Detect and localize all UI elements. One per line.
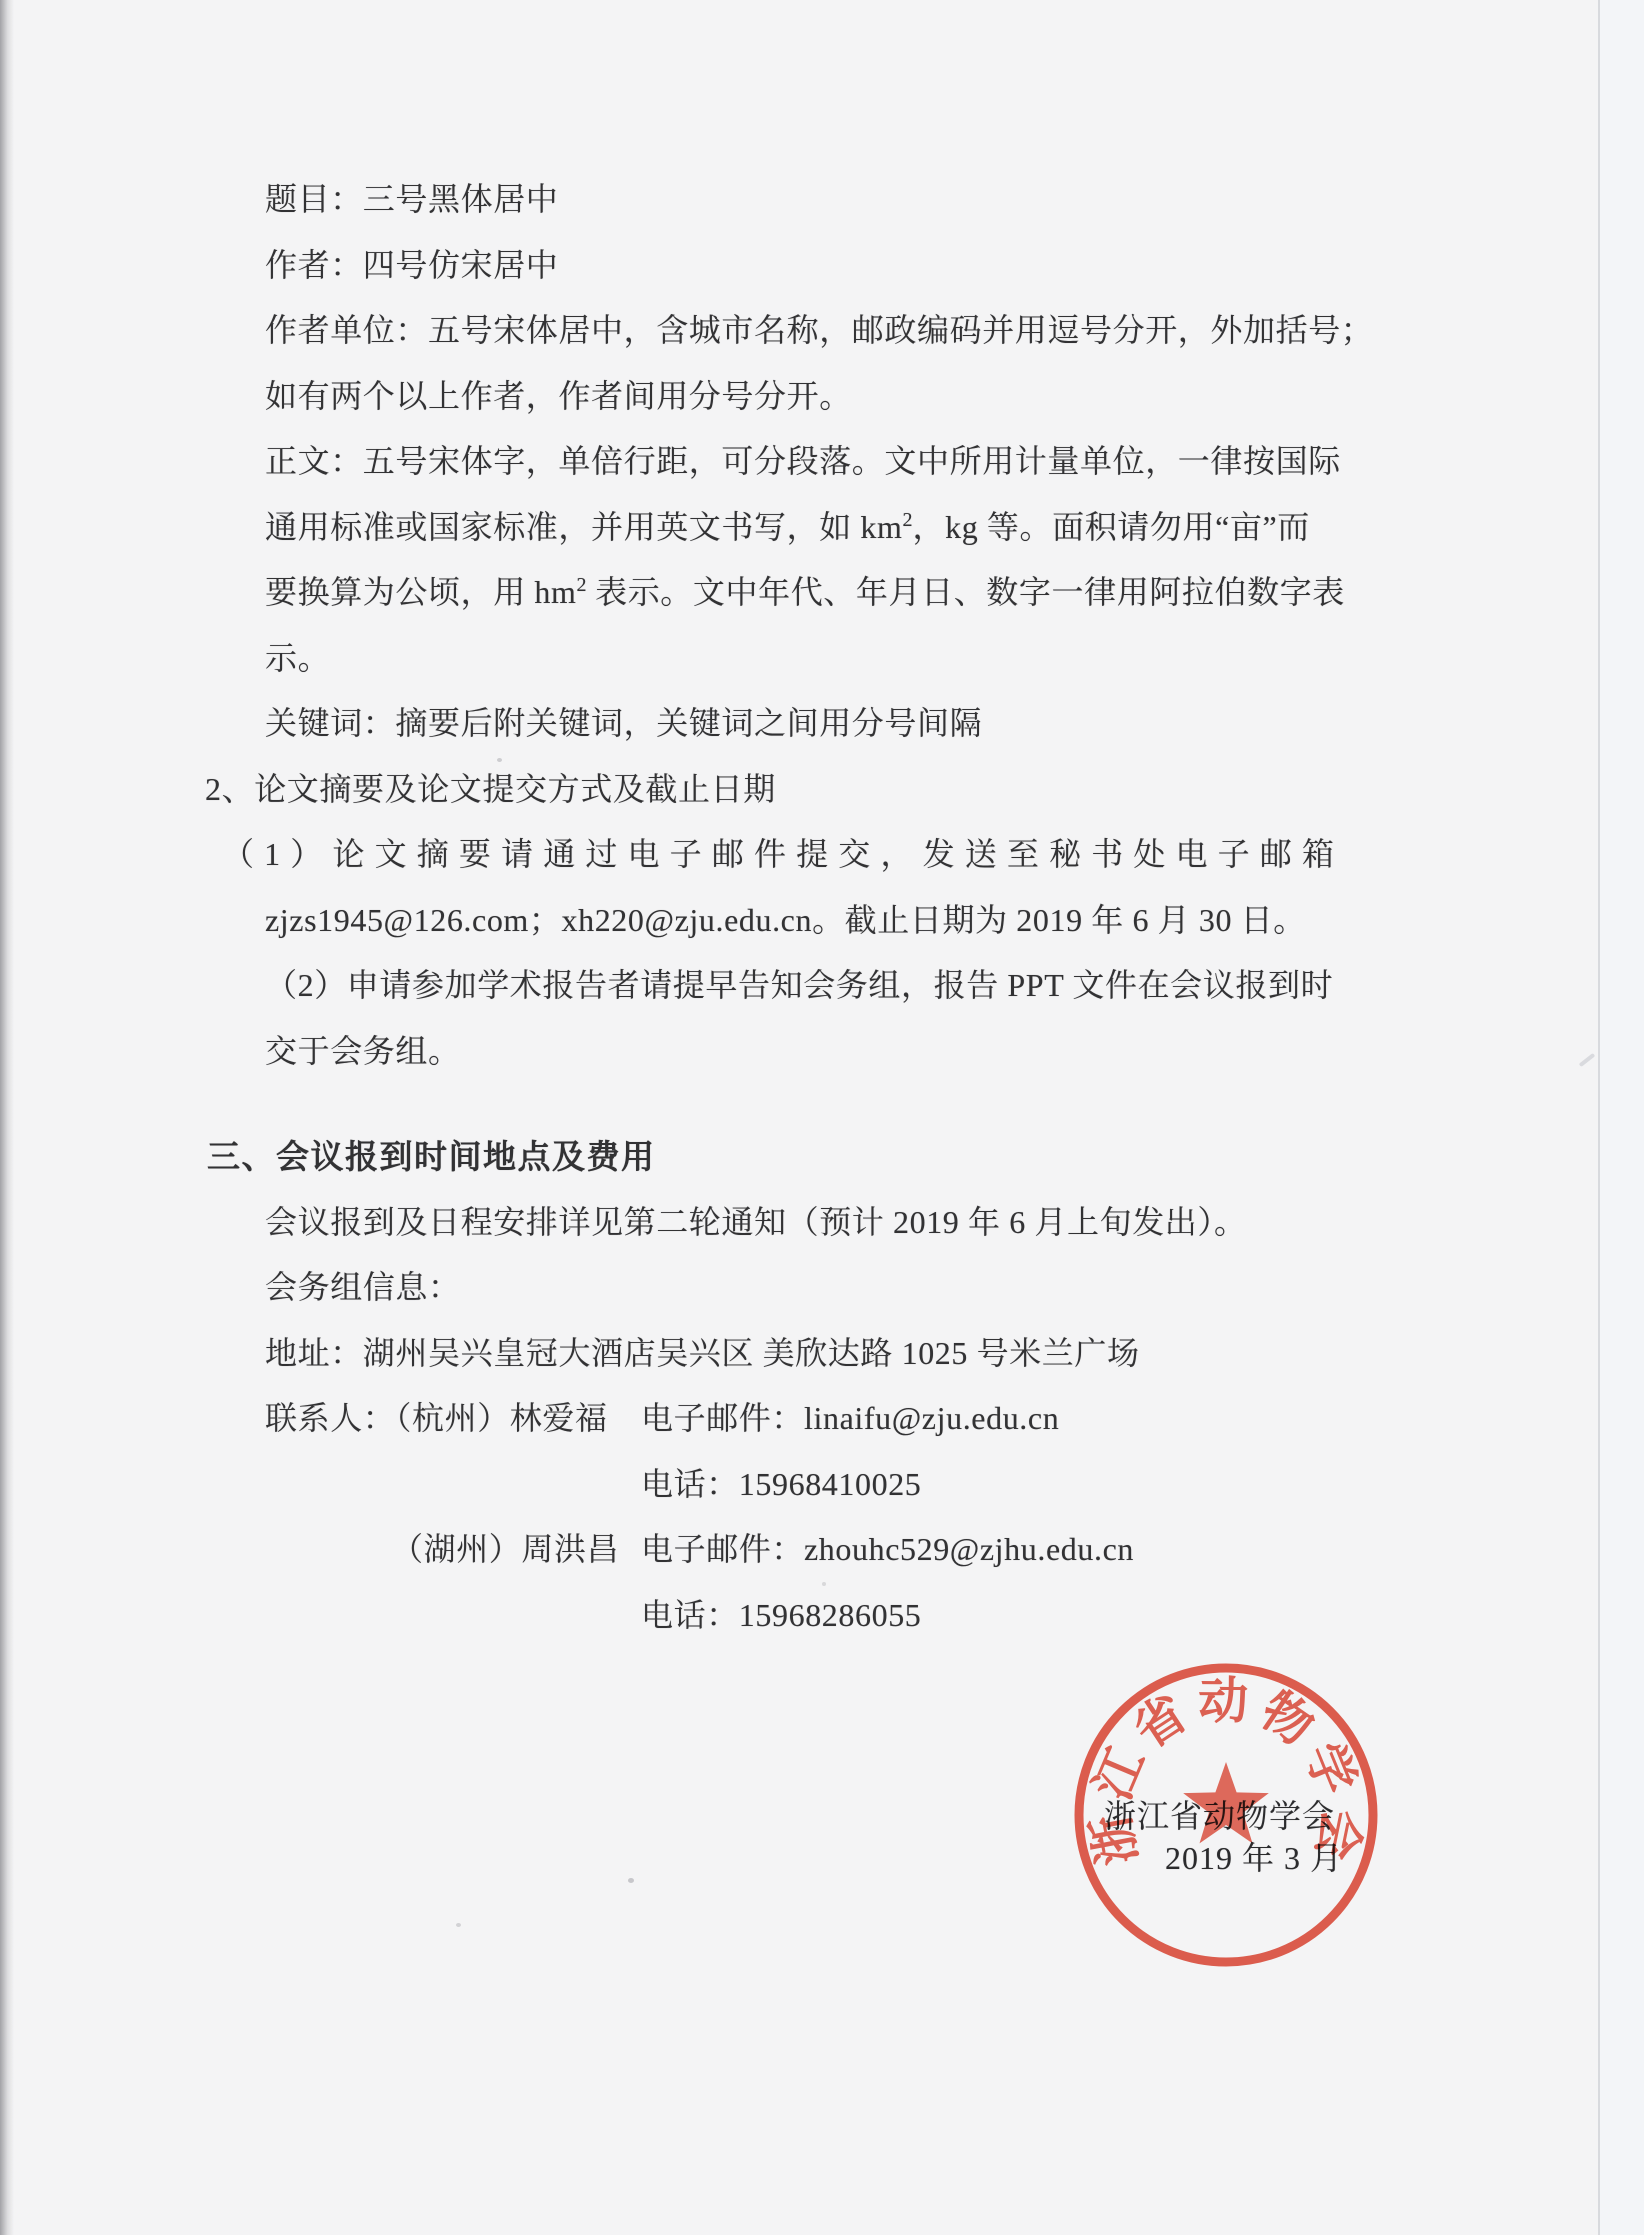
superscript-2: 2 (577, 574, 587, 596)
committee-info-line: 会务组信息： (265, 1255, 1644, 1321)
line-text: ，kg 等。面积请勿用“亩”而 (913, 509, 1310, 545)
line-text: 通用标准或国家标准，并用英文书写，如 km (265, 509, 903, 545)
format-author-line: 作者：四号仿宋居中 (265, 233, 1644, 299)
contact-name: （湖州）周洪昌 (391, 1517, 641, 1583)
scan-speck (497, 758, 502, 762)
format-bodytext-line-3: 要换算为公顷，用 hm2 表示。文中年代、年月日、数字一律用阿拉伯数字表 (265, 560, 1644, 626)
section-heading: 三、会议报到时间地点及费用 (207, 1124, 1644, 1190)
format-bodytext-line-1: 正文：五号宋体字，单倍行距，可分段落。文中所用计量单位，一律按国际 (265, 429, 1644, 495)
format-affiliation-line-cont: 如有两个以上作者，作者间用分号分开。 (265, 364, 1644, 430)
submission-line-1: （1）论文摘要请通过电子邮件提交，发送至秘书处电子邮箱 (222, 822, 1335, 888)
scan-edge-shadow (0, 0, 14, 2235)
official-seal-stamp: 浙江省动物学会 (1058, 1647, 1394, 1983)
report-line-2: 交于会务组。 (265, 1019, 1644, 1085)
line-text: 表示。文中年代、年月日、数字一律用阿拉伯数字表 (587, 574, 1345, 610)
scan-speck (628, 1878, 634, 1883)
contact-email: 电子邮件：linaifu@zju.edu.cn (641, 1386, 1059, 1452)
section-gap (0, 1084, 1644, 1124)
line-text: 要换算为公顷，用 hm (265, 574, 577, 610)
submission-line-2-emails: zjzs1945@126.com；xh220@zju.edu.cn。截止日期为 … (265, 888, 1644, 954)
contact-row-hangzhou: 联系人：（杭州）林爱福 电子邮件：linaifu@zju.edu.cn (265, 1386, 1644, 1452)
stamp-star-icon (1183, 1762, 1269, 1843)
superscript-2: 2 (903, 509, 913, 531)
format-title-line: 题目：三号黑体居中 (265, 167, 1644, 233)
keywords-line: 关键词：摘要后附关键词，关键词之间用分号间隔 (265, 691, 1644, 757)
address-line: 地址：湖州吴兴皇冠大酒店吴兴区 美欣达路 1025 号米兰广场 (265, 1321, 1644, 1387)
scan-right-band (1600, 0, 1644, 2235)
phone-line-huzhou: 电话：15968286055 (641, 1583, 1644, 1649)
list-item-2-heading: 2、论文摘要及论文提交方式及截止日期 (205, 757, 1644, 823)
scan-speck (822, 1582, 826, 1586)
schedule-line: 会议报到及日程安排详见第二轮通知（预计 2019 年 6 月上旬发出）。 (265, 1190, 1644, 1256)
scanned-document-page: 题目：三号黑体居中 作者：四号仿宋居中 作者单位：五号宋体居中，含城市名称，邮政… (0, 0, 1644, 2235)
scan-fold-line (1598, 0, 1600, 2235)
contact-email: 电子邮件：zhouhc529@zjhu.edu.cn (641, 1517, 1134, 1583)
format-bodytext-line-2: 通用标准或国家标准，并用英文书写，如 km2，kg 等。面积请勿用“亩”而 (265, 495, 1644, 561)
format-affiliation-line: 作者单位：五号宋体居中，含城市名称，邮政编码并用逗号分开，外加括号； (265, 298, 1644, 364)
contact-row-huzhou: （湖州）周洪昌 电子邮件：zhouhc529@zjhu.edu.cn (391, 1517, 1644, 1583)
contact-name: 联系人：（杭州）林爱福 (265, 1386, 641, 1452)
scan-speck (456, 1923, 461, 1927)
phone-line-hangzhou: 电话：15968410025 (641, 1452, 1644, 1518)
report-line-1: （2）申请参加学术报告者请提早告知会务组，报告 PPT 文件在会议报到时 (265, 953, 1644, 1019)
format-bodytext-line-4: 示。 (265, 626, 1644, 692)
